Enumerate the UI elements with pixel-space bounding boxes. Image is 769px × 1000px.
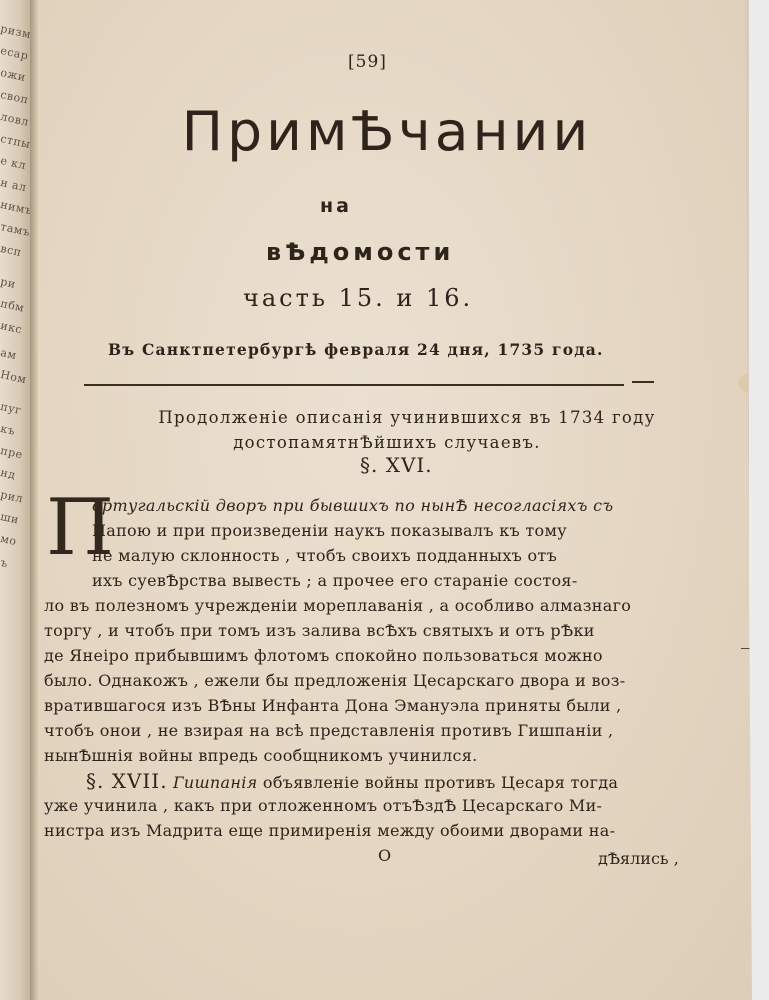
subtitle-part: часть 15. и 16. — [243, 284, 473, 312]
body-line: ихъ суевѢрства вывесть ; а прочее его ст… — [92, 571, 578, 590]
facing-page-text: Ном — [0, 368, 28, 386]
facing-page-text: своп — [0, 88, 30, 107]
facing-page-text: къ — [0, 422, 17, 438]
facing-page-text: ри — [0, 275, 17, 291]
facing-page-text: икс — [0, 319, 23, 336]
facing-page-text: тамъ — [0, 220, 32, 239]
facing-page-text: ожи — [0, 66, 27, 84]
facing-page-text: пуг — [0, 400, 23, 417]
facing-page-text: мо — [0, 532, 18, 548]
page-number: [59] — [348, 52, 387, 72]
facing-page-text: есар — [0, 44, 30, 63]
section-number-16: §. XVI. — [360, 453, 433, 477]
facing-page-text: пбм — [0, 297, 25, 315]
body-line: вратившагося изъ ВѢны Инфанта Дона Эману… — [44, 696, 622, 715]
dateline: Въ Санктпетербургѣ февраля 24 дня, 1735 … — [108, 340, 604, 359]
facing-page-text: ши — [0, 510, 20, 527]
body-line: де Янеiро прибывшимъ флотомъ спокойно по… — [44, 646, 603, 665]
body-line: ортугальскiй дворъ при бывшихъ по нынѢ н… — [92, 496, 613, 515]
horizontal-rule — [84, 384, 624, 386]
facing-page-text: ловл — [0, 110, 30, 129]
facing-page-text: нимъ — [0, 198, 34, 217]
catchword: дѢялись , — [598, 849, 679, 868]
section-heading-line-2: достопамятнѢйшихъ случаевъ. — [30, 433, 744, 452]
facing-page-text: всп — [0, 242, 23, 259]
facing-page-text: ам — [0, 346, 18, 362]
signature-mark: O — [378, 846, 391, 865]
facing-page-text: ъ — [0, 556, 9, 570]
book-page: [59] ПримѢчании на вѢдомости часть 15. и… — [38, 0, 752, 1000]
section-17-text: объявленiе войны противъ Цесаря тогда — [263, 773, 618, 792]
facing-page-text: рил — [0, 488, 24, 505]
facing-page-text: нд — [0, 466, 17, 482]
page-title: ПримѢчании — [23, 100, 751, 163]
section-heading-line-1: Продолженiе описанiя учинившихся въ 1734… — [50, 408, 764, 427]
facing-page-text: н ал — [0, 176, 28, 194]
body-line: не малую склонность , чтобъ своихъ подда… — [92, 546, 557, 565]
facing-page-text: е кл — [0, 154, 27, 172]
section-17-italic-word: Гишпанiя — [173, 773, 258, 792]
body-line: нынѢшнiя войны впредь сообщникомъ учинил… — [44, 746, 478, 765]
subtitle-na: на — [320, 195, 352, 217]
body-line: чтобъ онои , не взирая на вcѣ представле… — [44, 721, 613, 740]
body-line: было. Однакожъ , ежели бы предложенiя Це… — [44, 671, 625, 690]
facing-page-text: пре — [0, 444, 24, 461]
facing-page-text: стпы — [0, 132, 32, 151]
subtitle-vedomosti: вѢдомости — [266, 238, 454, 266]
body-line: Папою и при произведенiи наукъ показывал… — [92, 521, 567, 540]
background — [749, 0, 769, 1000]
body-line: ло въ полезномъ учрежденiи мореплаванiя … — [44, 596, 631, 615]
body-line: нистра изъ Мадрита еще примиренiя между … — [44, 821, 615, 840]
body-line: торгу , и чтобъ при томъ изъ залива всѢх… — [44, 621, 595, 640]
section-number-17: §. XVII. — [86, 769, 168, 793]
section-17-first-line: §. XVII. Гишпанiя объявленiе войны проти… — [86, 769, 618, 793]
horizontal-rule-end — [632, 381, 654, 383]
facing-page-text: ризм — [0, 22, 32, 41]
body-line: уже учинила , какъ при отложенномъ отъѢз… — [44, 796, 602, 815]
